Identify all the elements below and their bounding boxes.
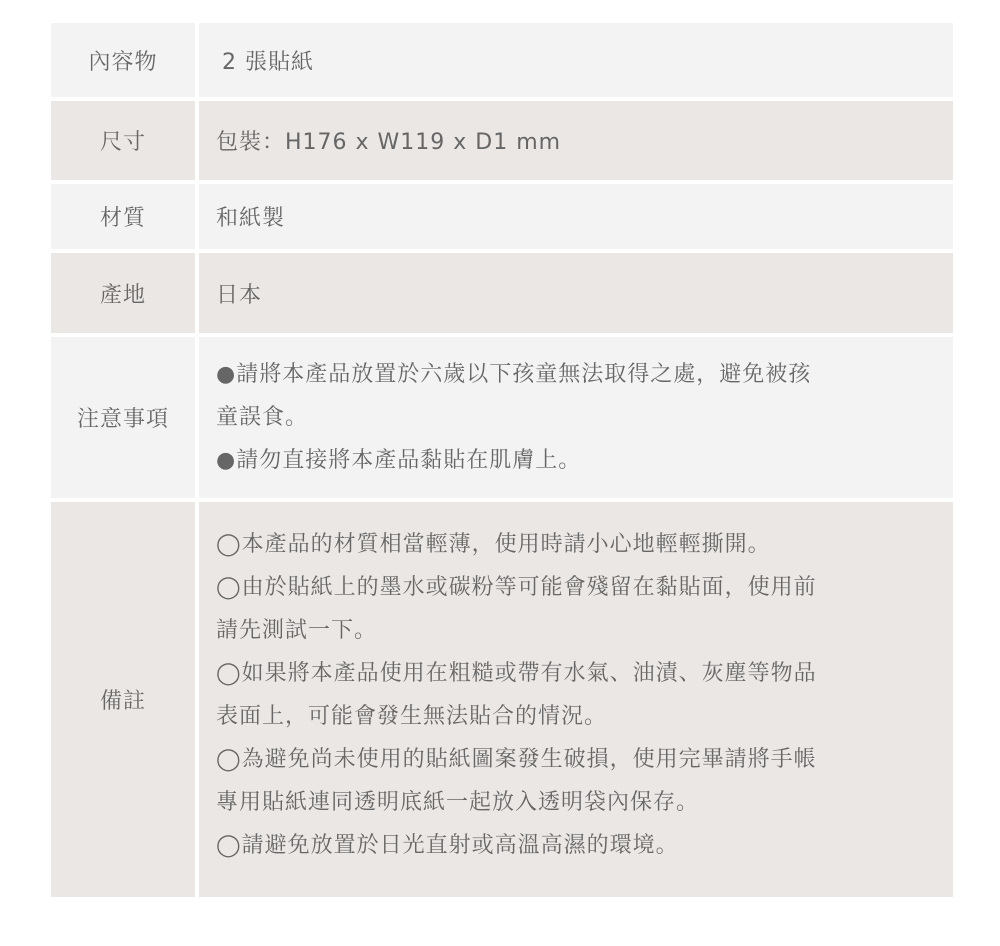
spec-label-origin: 產地 [51,253,195,333]
spec-label-contents: 內容物 [51,23,195,97]
spec-value-contents: 2 張貼紙 [199,23,953,97]
spec-label-remarks: 備註 [51,502,195,897]
caution-line: ●請將本產品放置於六歲以下孩童無法取得之處，避免被孩 [216,353,913,396]
remark-line: ◯請避免放置於日光直射或高溫高濕的環境。 [216,824,913,867]
spec-value-remarks: ◯本產品的材質相當輕薄，使用時請小心地輕輕撕開。 ◯由於貼紙上的墨水或碳粉等可能… [199,502,953,897]
spec-label-size: 尺寸 [51,101,195,180]
spec-label-cautions: 注意事項 [51,337,195,498]
spec-value-origin: 日本 [199,253,953,333]
spec-label-material: 材質 [51,184,195,249]
product-spec-table: 內容物 2 張貼紙 尺寸 包裝：H176 x W119 x D1 mm 材質 和… [51,23,953,897]
spec-row-contents: 內容物 2 張貼紙 [51,23,953,97]
spec-row-remarks: 備註 ◯本產品的材質相當輕薄，使用時請小心地輕輕撕開。 ◯由於貼紙上的墨水或碳粉… [51,502,953,897]
spec-row-origin: 產地 日本 [51,253,953,333]
remark-line: 表面上，可能會發生無法貼合的情況。 [216,695,913,738]
spec-value-material: 和紙製 [199,184,953,249]
spec-row-material: 材質 和紙製 [51,184,953,249]
spec-row-size: 尺寸 包裝：H176 x W119 x D1 mm [51,101,953,180]
remark-line: ◯為避免尚未使用的貼紙圖案發生破損，使用完畢請將手帳 [216,738,913,781]
caution-line: ●請勿直接將本產品黏貼在肌膚上。 [216,439,913,482]
spec-row-cautions: 注意事項 ●請將本產品放置於六歲以下孩童無法取得之處，避免被孩 童誤食。 ●請勿… [51,337,953,498]
remark-line: ◯由於貼紙上的墨水或碳粉等可能會殘留在黏貼面，使用前 [216,566,913,609]
remark-line: 專用貼紙連同透明底紙一起放入透明袋內保存。 [216,781,913,824]
remark-line: ◯如果將本產品使用在粗糙或帶有水氣、油漬、灰塵等物品 [216,652,913,695]
remark-line: ◯本產品的材質相當輕薄，使用時請小心地輕輕撕開。 [216,523,913,566]
remark-line: 請先測試一下。 [216,609,913,652]
spec-value-size: 包裝：H176 x W119 x D1 mm [199,101,953,180]
spec-value-cautions: ●請將本產品放置於六歲以下孩童無法取得之處，避免被孩 童誤食。 ●請勿直接將本產… [199,337,953,498]
caution-line: 童誤食。 [216,396,913,439]
